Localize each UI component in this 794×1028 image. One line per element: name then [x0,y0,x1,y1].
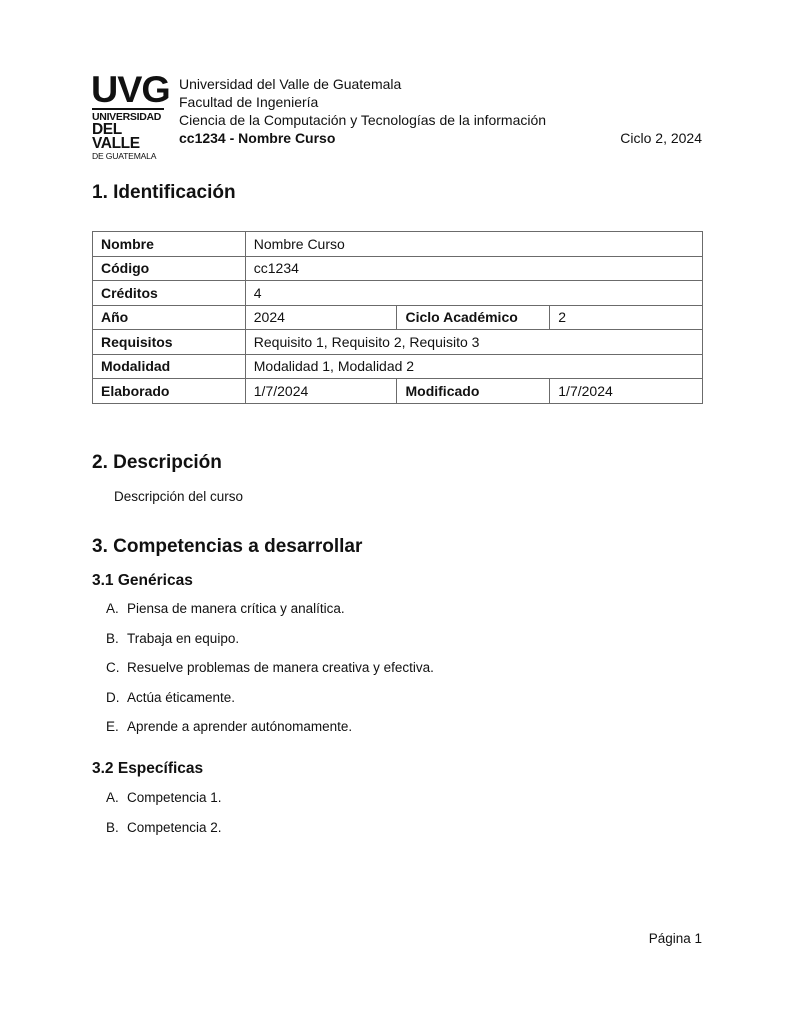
section-competencias-heading: 3. Competencias a desarrollar [92,535,362,559]
label-modalidad: Modalidad [93,354,246,379]
list-item-text: Piensa de manera crítica y analítica. [127,600,345,630]
label-requisitos: Requisitos [93,330,246,355]
faculty-name: Facultad de Ingeniería [179,93,546,111]
identification-table: Nombre Nombre Curso Código cc1234 Crédit… [92,231,703,404]
value-anio: 2024 [245,305,397,330]
list-item: B.Trabaja en equipo. [106,630,434,660]
list-item: C.Resuelve problemas de manera creativa … [106,659,434,689]
list-item-text: Trabaja en equipo. [127,630,239,660]
list-item-text: Aprende a aprender autónomamente. [127,718,352,748]
table-row: Código cc1234 [93,256,703,281]
label-modificado: Modificado [397,379,550,404]
label-ciclo: Ciclo Académico [397,305,550,330]
list-item: A.Competencia 1. [106,789,222,819]
list-item-text: Resuelve problemas de manera creativa y … [127,659,434,689]
section-descripcion-heading: 2. Descripción [92,451,222,475]
logo-acronym: UVG [91,74,172,106]
table-row: Requisitos Requisito 1, Requisito 2, Req… [93,330,703,355]
table-row: Nombre Nombre Curso [93,232,703,257]
uvg-logo-icon: UVG UNIVERSIDAD DEL VALLE DE GUATEMALA [92,74,170,152]
table-row: Elaborado 1/7/2024 Modificado 1/7/2024 [93,379,703,404]
list-marker: A. [106,789,127,819]
list-marker: B. [106,630,127,660]
list-item-text: Competencia 1. [127,789,222,819]
list-item: D.Actúa éticamente. [106,689,434,719]
label-codigo: Código [93,256,246,281]
value-nombre: Nombre Curso [245,232,702,257]
university-name: Universidad del Valle de Guatemala [179,75,546,93]
list-item: B.Competencia 2. [106,819,222,849]
label-creditos: Créditos [93,281,246,306]
value-ciclo: 2 [550,305,703,330]
course-description: Descripción del curso [114,488,243,506]
department-name: Ciencia de la Computación y Tecnologías … [179,111,546,129]
value-creditos: 4 [245,281,702,306]
genericas-list: A.Piensa de manera crítica y analítica. … [106,600,434,748]
value-modificado: 1/7/2024 [550,379,703,404]
list-item-text: Competencia 2. [127,819,222,849]
document-header: Universidad del Valle de Guatemala Facul… [179,75,546,147]
label-elaborado: Elaborado [93,379,246,404]
subsection-genericas-heading: 3.1 Genéricas [92,571,193,591]
list-item: E.Aprende a aprender autónomamente. [106,718,434,748]
logo-line-2: DEL VALLE [92,123,170,151]
logo-line-3: DE GUATEMALA [92,151,170,161]
course-title: cc1234 - Nombre Curso [179,129,546,147]
especificas-list: A.Competencia 1. B.Competencia 2. [106,789,222,848]
list-item-text: Actúa éticamente. [127,689,235,719]
table-row: Modalidad Modalidad 1, Modalidad 2 [93,354,703,379]
value-elaborado: 1/7/2024 [245,379,397,404]
list-item: A.Piensa de manera crítica y analítica. [106,600,434,630]
list-marker: B. [106,819,127,849]
value-codigo: cc1234 [245,256,702,281]
label-nombre: Nombre [93,232,246,257]
value-requisitos: Requisito 1, Requisito 2, Requisito 3 [245,330,702,355]
cycle-label: Ciclo 2, 2024 [620,129,702,147]
list-marker: C. [106,659,127,689]
list-marker: E. [106,718,127,748]
label-anio: Año [93,305,246,330]
table-row: Créditos 4 [93,281,703,306]
section-identificacion-heading: 1. Identificación [92,181,236,205]
list-marker: D. [106,689,127,719]
value-modalidad: Modalidad 1, Modalidad 2 [245,354,702,379]
table-row: Año 2024 Ciclo Académico 2 [93,305,703,330]
list-marker: A. [106,600,127,630]
page-number: Página 1 [649,930,702,948]
subsection-especificas-heading: 3.2 Específicas [92,759,203,779]
